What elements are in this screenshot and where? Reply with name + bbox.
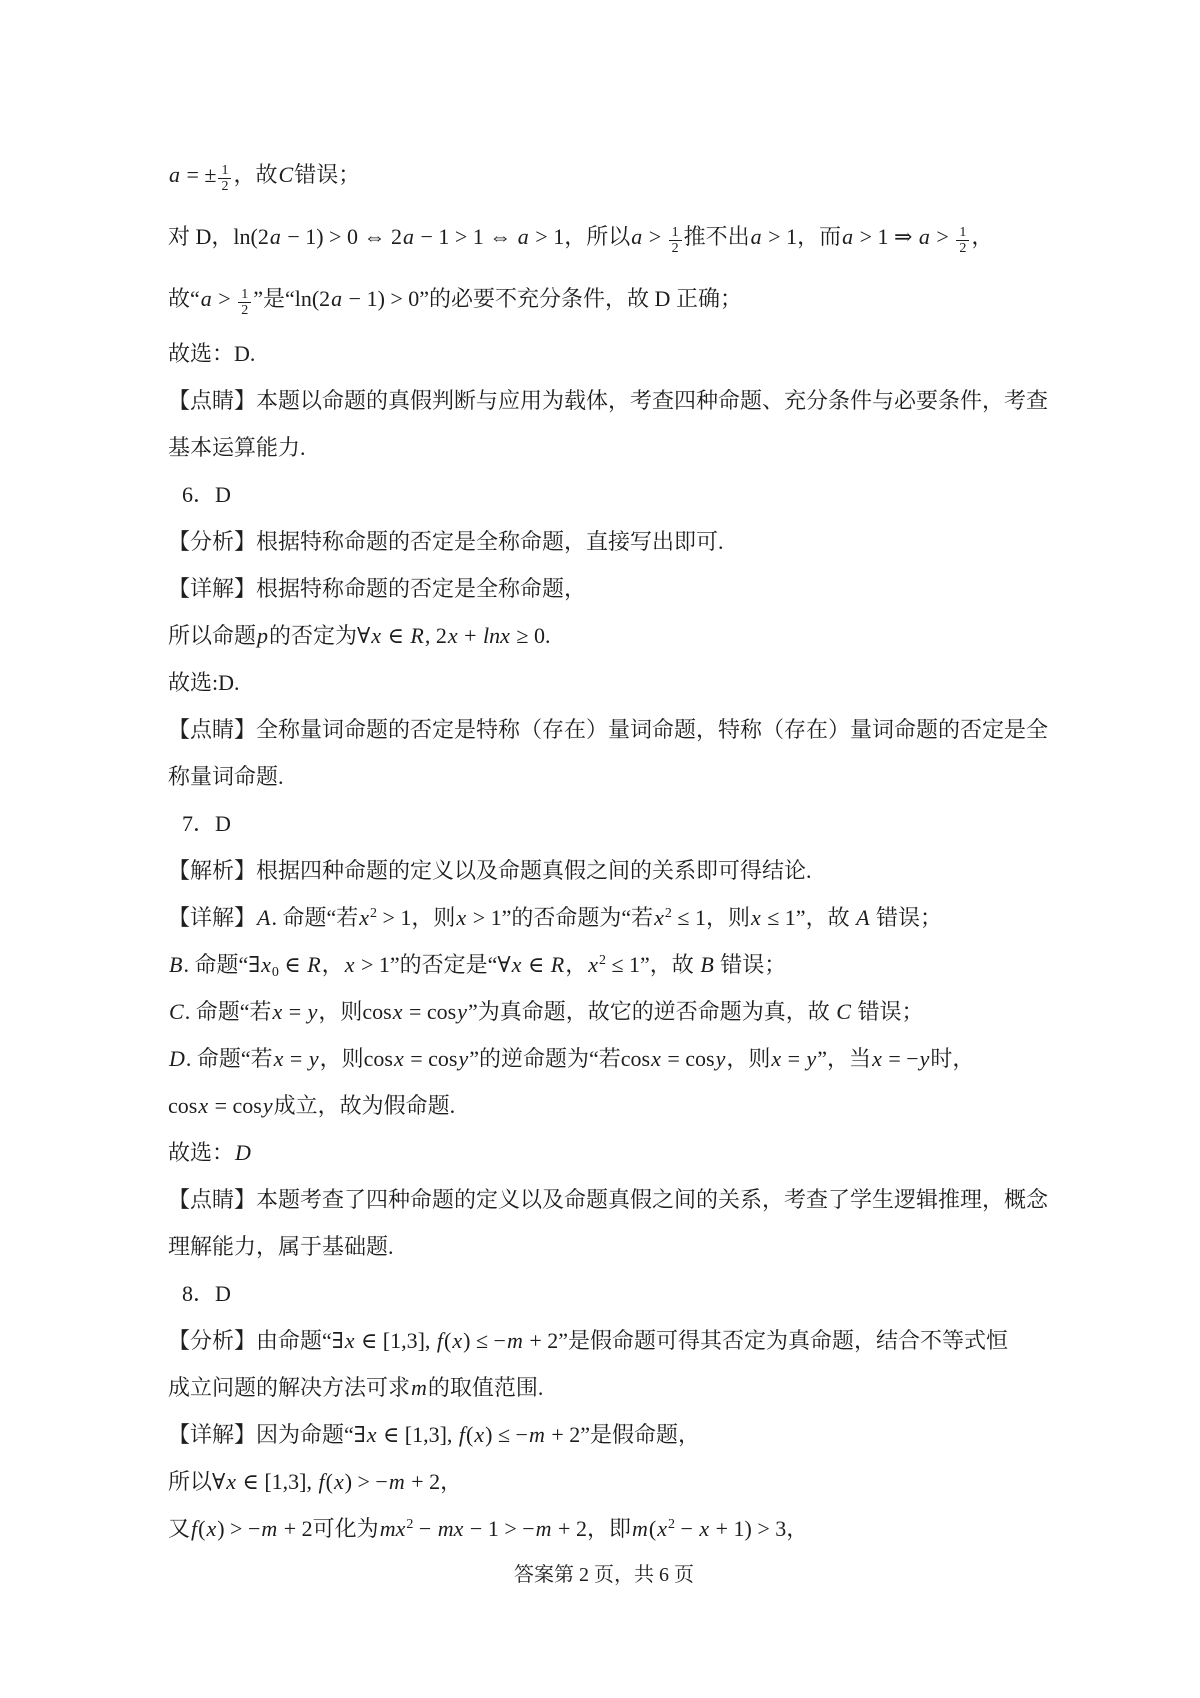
math-variable: x xyxy=(451,1328,463,1353)
math-variable: R xyxy=(550,952,565,977)
math-variable: x xyxy=(344,952,356,977)
math-variable: mx xyxy=(437,1516,465,1541)
answer-text-line: 所以命题p的否定为∀x ∈ R, 2x + lnx ≥ 0. xyxy=(168,612,1040,659)
answer-text-line: 故选：D. xyxy=(168,330,1040,377)
math-variable: x xyxy=(750,905,762,930)
math-variable: y xyxy=(919,1046,931,1071)
answer-text-line: 【点睛】全称量词命题的否定是特称（存在）量词命题，特称（存在）量词命题的否定是全 xyxy=(168,706,1040,753)
answer-text-line: 理解能力，属于基础题. xyxy=(168,1223,1040,1270)
answer-text-line: 【解析】根据四种命题的定义以及命题真假之间的关系即可得结论. xyxy=(168,847,1040,894)
fraction: 12 xyxy=(669,225,682,256)
math-variable: a xyxy=(269,224,282,249)
math-variable: x xyxy=(370,623,382,648)
math-variable: f xyxy=(317,1469,325,1494)
math-variable: m xyxy=(388,1469,406,1494)
math-variable: m xyxy=(528,1422,546,1447)
math-variable: a xyxy=(918,224,931,249)
math-variable: y xyxy=(806,1046,818,1071)
math-variable: x xyxy=(205,1516,217,1541)
math-variable: x xyxy=(473,1422,485,1447)
answer-text-line: 基本运算能力. xyxy=(168,424,1040,471)
math-variable: x xyxy=(260,952,272,977)
answer-text-line: 故“a > 12”是“ln(2a − 1) > 0”的必要不充分条件，故 D 正… xyxy=(168,268,1040,330)
math-variable: x xyxy=(653,905,665,930)
math-variable: A xyxy=(855,905,870,930)
math-variable: D xyxy=(168,1046,186,1071)
math-variable: y xyxy=(457,1046,469,1071)
math-variable: m xyxy=(410,1375,428,1400)
answer-text-line: 【详解】根据特称命题的否定是全称命题， xyxy=(168,565,1040,612)
answer-text-line: 【分析】由命题“∃x ∈ [1,3], f(x) ≤ −m + 2”是假命题可得… xyxy=(168,1317,1040,1364)
math-variable: x xyxy=(358,905,370,930)
math-variable: a xyxy=(330,286,343,311)
math-variable: a xyxy=(517,224,530,249)
math-variable: m xyxy=(506,1328,524,1353)
answer-number-line: 7．D xyxy=(168,800,1040,847)
math-variable: a xyxy=(630,224,643,249)
math-variable: R xyxy=(409,623,424,648)
answer-text-line: 故选:D. xyxy=(168,659,1040,706)
math-variable: x xyxy=(656,1516,668,1541)
answer-lines: a = ±12，故C错误；对 D，ln(2a − 1) > 0 ⇔ 2a − 1… xyxy=(168,144,1040,1552)
math-variable: x xyxy=(344,1328,356,1353)
fraction: 12 xyxy=(238,287,251,318)
fraction: 12 xyxy=(218,163,231,194)
math-variable: y xyxy=(715,1046,727,1071)
answer-text-line: 【详解】因为命题“∃x ∈ [1,3], f(x) ≤ −m + 2”是假命题， xyxy=(168,1411,1040,1458)
math-variable: p xyxy=(256,623,269,648)
math-variable: x xyxy=(587,952,599,977)
answer-text-line: cosx = cosy成立，故为假命题. xyxy=(168,1082,1040,1129)
math-variable: x xyxy=(511,952,523,977)
answer-number-line: 8．D xyxy=(168,1270,1040,1317)
math-variable: D xyxy=(234,1140,252,1165)
math-variable: x xyxy=(271,999,283,1024)
page-footer: 答案第 2 页，共 6 页 xyxy=(168,1552,1040,1599)
math-variable: x xyxy=(333,1469,345,1494)
math-variable: C xyxy=(835,999,852,1024)
superscript: 2 xyxy=(370,906,377,921)
answer-text-line: D. 命题“若x = y，则cosx = cosy”的逆命题为“若cosx = … xyxy=(168,1035,1040,1082)
math-variable: m xyxy=(535,1516,553,1541)
math-variable: a xyxy=(168,162,181,187)
answer-text-line: a = ±12，故C错误； xyxy=(168,144,1040,206)
math-variable: x xyxy=(871,1046,883,1071)
answer-text-line: 所以∀x ∈ [1,3], f(x) > −m + 2， xyxy=(168,1458,1040,1505)
math-variable: a xyxy=(402,224,415,249)
answer-text-line: 故选：D xyxy=(168,1129,1040,1176)
answer-text-line: B. 命题“∃x0 ∈ R，x > 1”的否定是“∀x ∈ R，x2 ≤ 1”，… xyxy=(168,941,1040,988)
answer-text-line: 对 D，ln(2a − 1) > 0 ⇔ 2a − 1 > 1 ⇔ a > 1，… xyxy=(168,206,1040,268)
math-variable: x xyxy=(650,1046,662,1071)
math-variable: x xyxy=(770,1046,782,1071)
math-variable: lnx xyxy=(482,623,511,648)
superscript: 2 xyxy=(665,906,672,921)
math-variable: f xyxy=(458,1422,466,1447)
math-variable: a xyxy=(841,224,854,249)
math-variable: m xyxy=(260,1516,278,1541)
math-variable: x xyxy=(447,623,459,648)
answer-text-line: 成立问题的解决方法可求m的取值范围. xyxy=(168,1364,1040,1411)
math-variable: y xyxy=(262,1093,274,1118)
answer-text-line: 【点睛】本题以命题的真假判断与应用为载体，考查四种命题、充分条件与必要条件，考查 xyxy=(168,377,1040,424)
math-variable: y xyxy=(456,999,468,1024)
math-variable: B xyxy=(699,952,714,977)
answer-text-line: 【详解】A. 命题“若x2 > 1，则x > 1”的否命题为“若x2 ≤ 1，则… xyxy=(168,894,1040,941)
math-variable: a xyxy=(750,224,763,249)
math-variable: mx xyxy=(379,1516,407,1541)
superscript: 2 xyxy=(406,1517,413,1532)
math-variable: y xyxy=(307,999,319,1024)
math-variable: x xyxy=(366,1422,378,1447)
superscript: 2 xyxy=(599,953,606,968)
math-variable: x xyxy=(698,1516,710,1541)
superscript: 2 xyxy=(668,1517,675,1532)
math-variable: y xyxy=(308,1046,320,1071)
math-variable: C xyxy=(278,162,295,187)
document-page: a = ±12，故C错误；对 D，ln(2a − 1) > 0 ⇔ 2a − 1… xyxy=(0,0,1200,1698)
answer-number-line: 6．D xyxy=(168,471,1040,518)
answer-text-line: 又f(x) > −m + 2可化为mx2 − mx − 1 > −m + 2，即… xyxy=(168,1505,1040,1552)
math-variable: R xyxy=(306,952,321,977)
math-variable: f xyxy=(190,1516,198,1541)
fraction: 12 xyxy=(956,225,969,256)
math-variable: m xyxy=(631,1516,649,1541)
math-variable: x xyxy=(393,1046,405,1071)
math-variable: a xyxy=(200,286,213,311)
math-variable: x xyxy=(392,999,404,1024)
math-variable: x xyxy=(225,1469,237,1494)
answer-text-line: 【分析】根据特称命题的否定是全称命题，直接写出即可. xyxy=(168,518,1040,565)
math-variable: x xyxy=(273,1046,285,1071)
math-variable: x xyxy=(455,905,467,930)
math-variable: f xyxy=(436,1328,444,1353)
math-variable: x xyxy=(197,1093,209,1118)
math-variable: C xyxy=(168,999,185,1024)
subscript: 0 xyxy=(272,965,279,980)
answer-text-line: C. 命题“若x = y，则cosx = cosy”为真命题，故它的逆否命题为真… xyxy=(168,988,1040,1035)
math-variable: A xyxy=(256,905,271,930)
answer-text-line: 称量词命题. xyxy=(168,753,1040,800)
answer-text-line: 【点睛】本题考查了四种命题的定义以及命题真假之间的关系，考查了学生逻辑推理，概念 xyxy=(168,1176,1040,1223)
math-variable: B xyxy=(168,952,183,977)
